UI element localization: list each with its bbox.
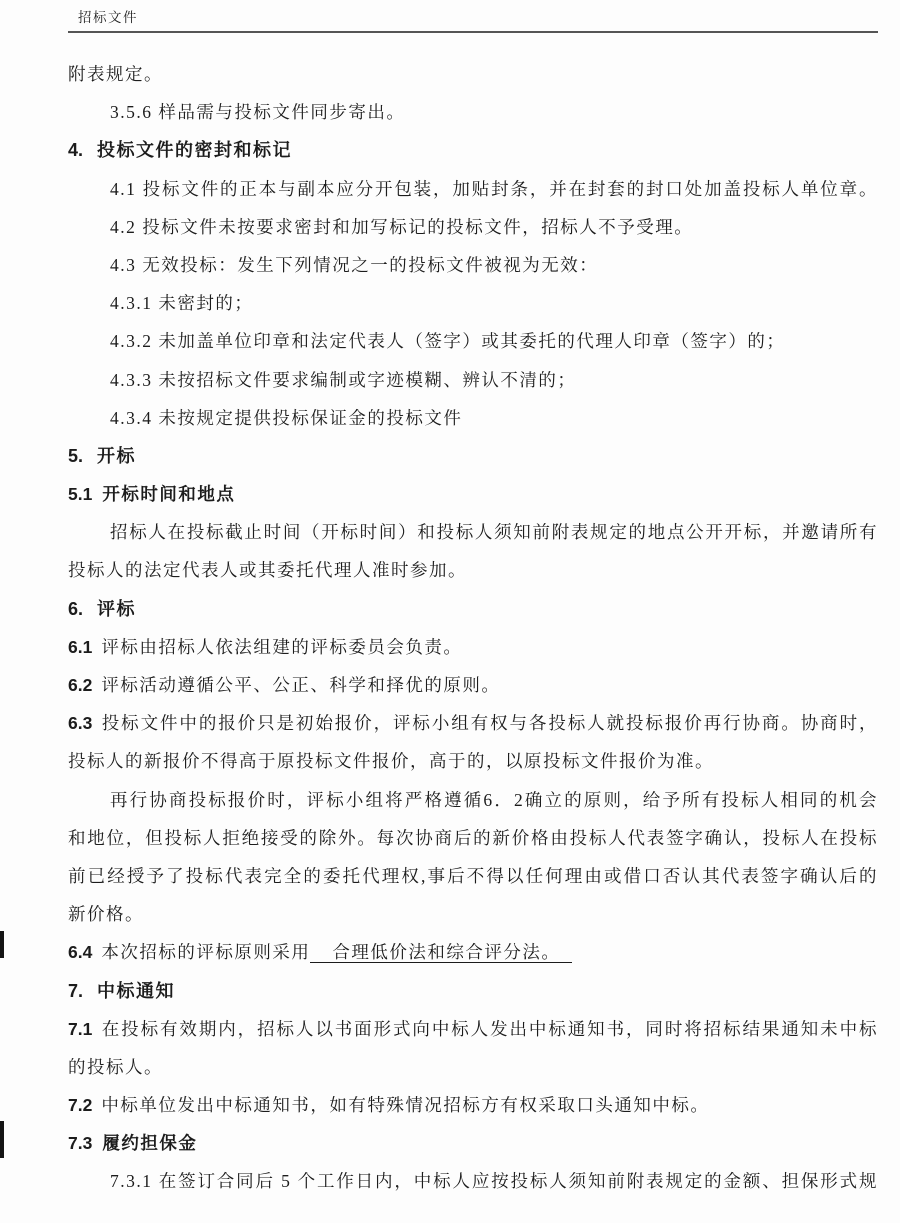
paragraph-renegotiation-line-3: 前已经授予了投标代表完全的委托代理权,事后不得以任何理由或借口否认其代表签字确认… — [68, 857, 878, 895]
section-5-1-heading: 5.1开标时间和地点 — [68, 475, 878, 513]
section-7-3-title: 履约担保金 — [102, 1133, 197, 1153]
clause-6-3-line-1: 6.3投标文件中的报价只是初始报价，评标小组有权与各投标人就投标报价再行协商。协… — [68, 704, 878, 742]
clause-4-3-3: 4.3.3 未按招标文件要求编制或字迹模糊、辨认不清的； — [68, 361, 878, 399]
document-page: 招标文件 附表规定。 3.5.6 样品需与投标文件同步寄出。 4.投标文件的密封… — [0, 0, 900, 1223]
revision-bar — [0, 1121, 4, 1158]
clause-6-3-number: 6.3 — [68, 713, 92, 733]
clause-7-1-line-1: 7.1在投标有效期内，招标人以书面形式向中标人发出中标通知书，同时将招标结果通知… — [68, 1010, 878, 1048]
clause-6-3-line-2: 投标人的新报价不得高于原投标文件报价，高于的，以原投标文件报价为准。 — [68, 742, 878, 780]
revision-bar — [0, 931, 4, 958]
clause-7-1-number: 7.1 — [68, 1019, 92, 1039]
section-4-title: 投标文件的密封和标记 — [97, 140, 292, 160]
section-5-number: 5. — [68, 446, 83, 466]
clause-7-2-number: 7.2 — [68, 1095, 92, 1115]
paragraph-renegotiation-line-4: 新价格。 — [68, 895, 878, 933]
clause-6-2-number: 6.2 — [68, 675, 92, 695]
section-6-title: 评标 — [97, 599, 136, 619]
clause-6-4-text: 本次招标的评标原则采用 — [101, 942, 310, 962]
header-title: 招标文件 — [78, 6, 138, 26]
clause-4-3: 4.3 无效投标：发生下列情况之一的投标文件被视为无效： — [68, 246, 878, 284]
clause-3-5-6: 3.5.6 样品需与投标文件同步寄出。 — [68, 93, 878, 131]
section-5-1-title: 开标时间和地点 — [102, 484, 235, 504]
clause-6-2: 6.2评标活动遵循公平、公正、科学和择优的原则。 — [68, 666, 878, 704]
clause-6-1: 6.1评标由招标人依法组建的评标委员会负责。 — [68, 628, 878, 666]
clause-7-2-text: 中标单位发出中标通知书，如有特殊情况招标方有权采取口头通知中标。 — [101, 1095, 709, 1115]
clause-4-3-2: 4.3.2 未加盖单位印章和法定代表人（签字）或其委托的代理人印章（签字）的； — [68, 322, 878, 360]
clause-7-3-1: 7.3.1 在签订合同后 5 个工作日内，中标人应按投标人须知前附表规定的金额、… — [68, 1162, 878, 1200]
section-7-number: 7. — [68, 981, 83, 1001]
section-6-heading: 6.评标 — [68, 590, 878, 628]
clause-6-4: 6.4本次招标的评标原则采用合理低价法和综合评分法。 — [68, 933, 878, 971]
section-5-1-number: 5.1 — [68, 484, 92, 504]
document-content: 附表规定。 3.5.6 样品需与投标文件同步寄出。 4.投标文件的密封和标记 4… — [68, 55, 878, 1201]
section-7-3-heading: 7.3履约担保金 — [68, 1124, 878, 1162]
clause-6-1-text: 评标由招标人依法组建的评标委员会负责。 — [101, 637, 462, 657]
section-7-heading: 7.中标通知 — [68, 972, 878, 1010]
clause-6-3-text-line-1: 投标文件中的报价只是初始报价，评标小组有权与各投标人就投标报价再行协商。协商时， — [101, 713, 878, 733]
section-4-heading: 4.投标文件的密封和标记 — [68, 131, 878, 169]
clause-7-1-text-line-1: 在投标有效期内，招标人以书面形式向中标人发出中标通知书，同时将招标结果通知未中标 — [101, 1019, 878, 1039]
section-4-number: 4. — [68, 140, 83, 160]
section-7-title: 中标通知 — [97, 981, 175, 1001]
section-6-number: 6. — [68, 599, 83, 619]
section-7-3-number: 7.3 — [68, 1133, 92, 1153]
clause-6-2-text: 评标活动遵循公平、公正、科学和择优的原则。 — [101, 675, 500, 695]
clause-continuation: 附表规定。 — [68, 55, 878, 93]
clause-6-1-number: 6.1 — [68, 637, 92, 657]
clause-7-2: 7.2中标单位发出中标通知书，如有特殊情况招标方有权采取口头通知中标。 — [68, 1086, 878, 1124]
section-5-title: 开标 — [97, 446, 136, 466]
clause-5-1-line-1: 招标人在投标截止时间（开标时间）和投标人须知前附表规定的地点公开开标，并邀请所有 — [68, 513, 878, 551]
clause-6-4-number: 6.4 — [68, 942, 92, 962]
clause-5-1-line-2: 投标人的法定代表人或其委托代理人准时参加。 — [68, 551, 878, 589]
page-header: 招标文件 — [68, 0, 878, 33]
clause-4-2: 4.2 投标文件未按要求密封和加写标记的投标文件，招标人不予受理。 — [68, 208, 878, 246]
section-5-heading: 5.开标 — [68, 437, 878, 475]
clause-6-4-underlined-text: 合理低价法和综合评分法。 — [310, 942, 572, 963]
clause-4-3-4: 4.3.4 未按规定提供投标保证金的投标文件 — [68, 399, 878, 437]
paragraph-renegotiation-line-1: 再行协商投标报价时，评标小组将严格遵循6．2确立的原则，给予所有投标人相同的机会 — [68, 781, 878, 819]
paragraph-renegotiation-line-2: 和地位，但投标人拒绝接受的除外。每次协商后的新价格由投标人代表签字确认，投标人在… — [68, 819, 878, 857]
clause-7-1-line-2: 的投标人。 — [68, 1048, 878, 1086]
clause-4-1: 4.1 投标文件的正本与副本应分开包装，加贴封条，并在封套的封口处加盖投标人单位… — [68, 170, 878, 208]
clause-4-3-1: 4.3.1 未密封的； — [68, 284, 878, 322]
